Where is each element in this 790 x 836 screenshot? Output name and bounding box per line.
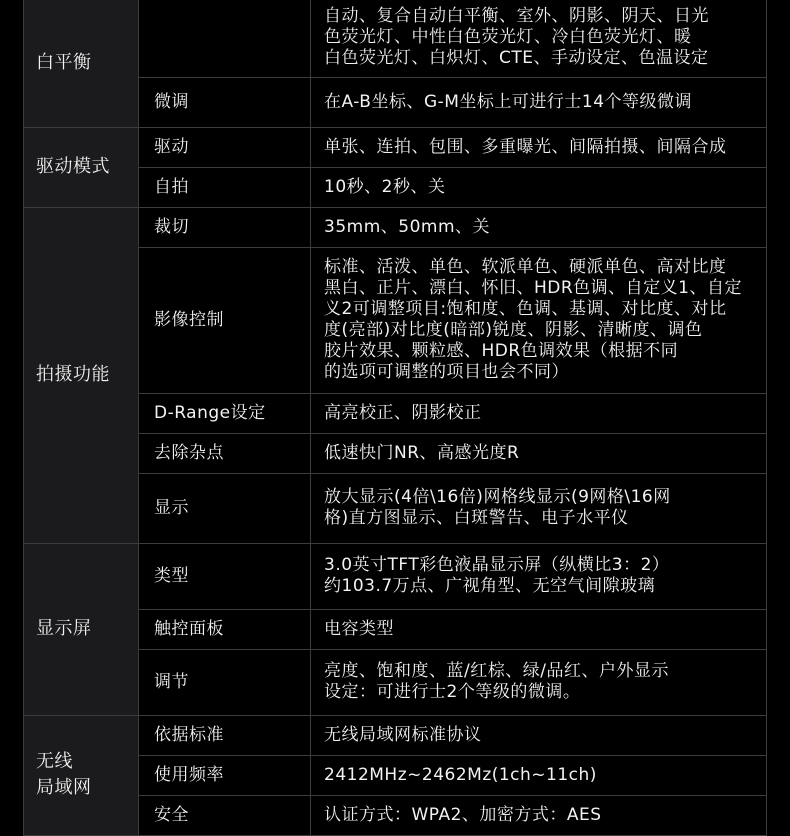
spec-value: 无线局域网标准协议 bbox=[311, 715, 767, 755]
spec-value: 单张、连拍、包围、多重曝光、间隔拍摄、间隔合成 bbox=[311, 127, 767, 167]
spec-key: 显示 bbox=[139, 473, 311, 543]
spec-value: 3.0英寸TFT彩色液晶显示屏（纵横比3：2） 约103.7万点、广视角型、无空… bbox=[311, 543, 767, 609]
section-category-label: 驱动模式 bbox=[36, 156, 110, 177]
spec-value: 高亮校正、阴影校正 bbox=[311, 393, 767, 433]
spec-value: 10秒、2秒、关 bbox=[311, 167, 767, 207]
spec-key: 裁切 bbox=[139, 207, 311, 247]
spec-value: 2412MHz~2462Mz(1ch~11ch) bbox=[311, 755, 767, 795]
spec-key bbox=[139, 0, 311, 77]
section-category: 显示屏 bbox=[24, 543, 139, 715]
table-row: 驱动模式驱动单张、连拍、包围、多重曝光、间隔拍摄、间隔合成 bbox=[24, 127, 767, 167]
spec-key: 使用频率 bbox=[139, 755, 311, 795]
spec-value: 放大显示(4倍\16倍)网格线显示(9网格\16网 格)直方图显示、白斑警告、电… bbox=[311, 473, 767, 543]
spec-key: 自拍 bbox=[139, 167, 311, 207]
spec-key: 安全 bbox=[139, 795, 311, 835]
spec-value: 低速快门NR、高感光度R bbox=[311, 433, 767, 473]
spec-value: 认证方式：WPA2、加密方式：AES bbox=[311, 795, 767, 835]
table-row: 白平衡自动、复合自动白平衡、室外、阴影、阴天、日光 色荧光灯、中性白色荧光灯、冷… bbox=[24, 0, 767, 77]
spec-key: 调节 bbox=[139, 649, 311, 715]
spec-table-body: 白平衡自动、复合自动白平衡、室外、阴影、阴天、日光 色荧光灯、中性白色荧光灯、冷… bbox=[24, 0, 767, 835]
section-category-label: 白平衡 bbox=[36, 52, 92, 73]
section-category-label: 无线 局域网 bbox=[36, 751, 92, 798]
spec-key: 微调 bbox=[139, 77, 311, 127]
spec-key: 触控面板 bbox=[139, 609, 311, 649]
spec-key: 去除杂点 bbox=[139, 433, 311, 473]
spec-key: 影像控制 bbox=[139, 247, 311, 393]
spec-key: 驱动 bbox=[139, 127, 311, 167]
section-category: 白平衡 bbox=[24, 0, 139, 127]
section-category: 拍摄功能 bbox=[24, 207, 139, 543]
section-category-label: 显示屏 bbox=[36, 618, 92, 639]
section-category-label: 拍摄功能 bbox=[36, 364, 110, 385]
spec-value: 亮度、饱和度、蓝/红棕、绿/品红、户外显示 设定：可进行士2个等级的微调。 bbox=[311, 649, 767, 715]
table-row: 拍摄功能裁切35mm、50mm、关 bbox=[24, 207, 767, 247]
spec-table: 白平衡自动、复合自动白平衡、室外、阴影、阴天、日光 色荧光灯、中性白色荧光灯、冷… bbox=[23, 0, 767, 836]
section-category: 驱动模式 bbox=[24, 127, 139, 207]
spec-key: D-Range设定 bbox=[139, 393, 311, 433]
table-row: 无线 局域网依据标准无线局域网标准协议 bbox=[24, 715, 767, 755]
spec-key: 类型 bbox=[139, 543, 311, 609]
spec-value: 自动、复合自动白平衡、室外、阴影、阴天、日光 色荧光灯、中性白色荧光灯、冷白色荧… bbox=[311, 0, 767, 77]
section-category: 无线 局域网 bbox=[24, 715, 139, 835]
table-row: 显示屏类型3.0英寸TFT彩色液晶显示屏（纵横比3：2） 约103.7万点、广视… bbox=[24, 543, 767, 609]
spec-key: 依据标准 bbox=[139, 715, 311, 755]
spec-value: 在A-B坐标、G-M坐标上可进行士14个等级微调 bbox=[311, 77, 767, 127]
spec-value: 电容类型 bbox=[311, 609, 767, 649]
spec-value: 标准、活泼、单色、软派单色、硬派单色、高对比度 黑白、正片、漂白、怀旧、HDR色… bbox=[311, 247, 767, 393]
spec-value: 35mm、50mm、关 bbox=[311, 207, 767, 247]
